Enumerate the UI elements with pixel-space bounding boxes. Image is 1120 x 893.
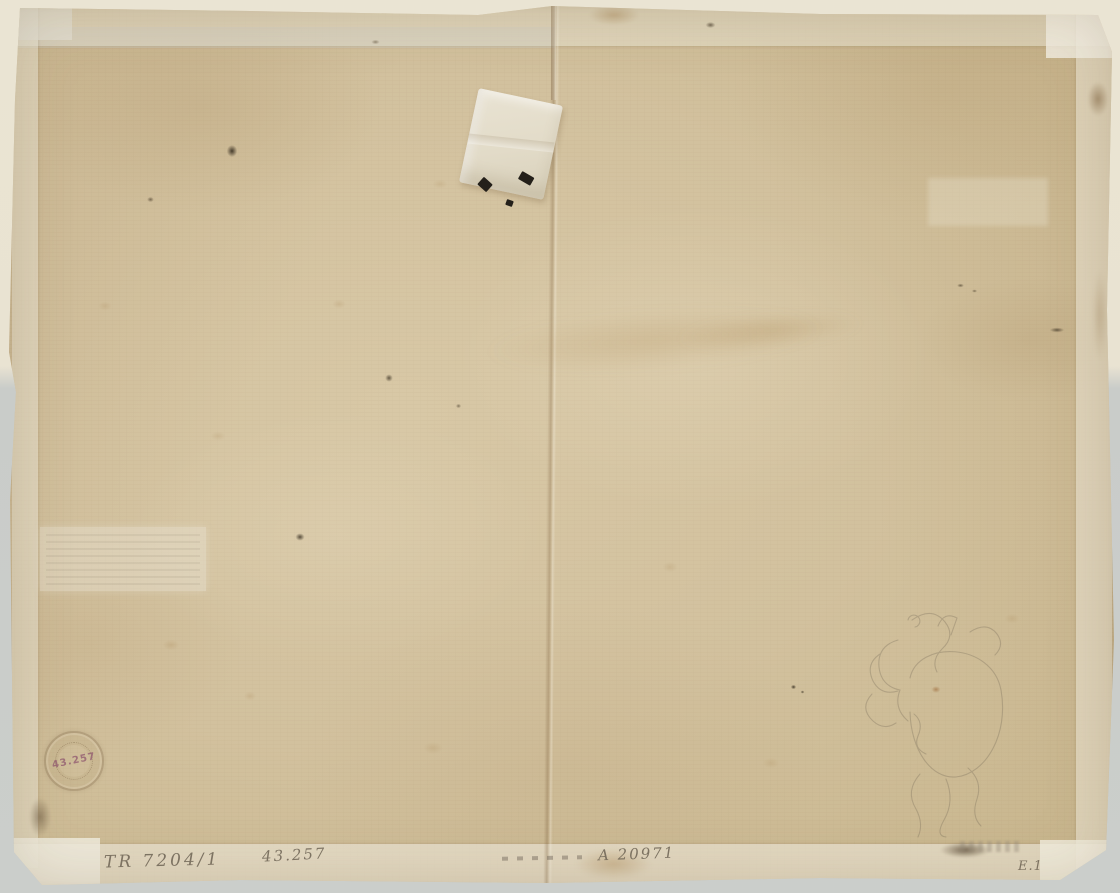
fox-spot: [96, 300, 114, 312]
circular-collection-stamp: 43.257: [44, 731, 104, 791]
show-through-band: [928, 178, 1048, 226]
stain-spot: [1048, 327, 1066, 333]
center-fold-seam-top: [551, 0, 556, 100]
printed-fragment: [518, 171, 535, 186]
tape-strip-bottom: [8, 844, 1112, 886]
pencil-sketch: [850, 598, 1020, 838]
tape-stain: [582, 2, 646, 28]
inscription-bottom-right: E.1: [1018, 859, 1043, 874]
edge-stain: [26, 792, 54, 842]
tape-patch-bottom-right: [1040, 840, 1116, 886]
inscription-bottom-left: TR 7204/1: [104, 849, 221, 872]
pencil-smudge-line: [502, 855, 582, 860]
tape-patch-bottom-left: [0, 838, 100, 890]
edge-stain: [1084, 76, 1112, 122]
photograph-of-sheet-verso: 43.257: [0, 0, 1120, 893]
tape-strip-left: [12, 6, 38, 868]
stain-spot: [146, 196, 155, 203]
smear-band: [418, 284, 892, 397]
paper-discoloration: [0, 0, 1120, 893]
printed-fragment: [505, 199, 514, 207]
stain-spot: [971, 289, 978, 293]
stain-spot: [790, 684, 797, 690]
tape-strip-top-overlap: [10, 27, 555, 48]
stain-spot: [455, 403, 462, 409]
smear-band: [638, 297, 901, 365]
inscription-bottom-center: A 20971: [598, 844, 676, 865]
stain-spot: [930, 685, 942, 694]
label-residue-patch: [40, 527, 206, 591]
stain-spot: [800, 690, 805, 694]
stain-spot: [384, 373, 394, 383]
fox-spot: [660, 560, 680, 574]
fox-spot: [242, 690, 258, 702]
folded-label-slip: [459, 88, 563, 200]
stain-spot: [704, 21, 717, 29]
fox-spot: [760, 756, 782, 770]
tape-strip-right: [1076, 10, 1112, 878]
tape-patch-top-left: [8, 0, 72, 40]
stain-spot: [225, 143, 239, 159]
printed-fragment: [477, 177, 493, 192]
inscription-accession-number: 43.257: [262, 844, 327, 865]
paper-sheet: 43.257: [0, 0, 1120, 893]
fox-spot: [208, 430, 228, 442]
fox-spot: [430, 178, 450, 190]
tape-stain: [566, 845, 661, 883]
stain-spot: [294, 532, 306, 542]
tape-patch-top-right: [1046, 6, 1116, 58]
fox-spot: [330, 298, 348, 310]
fox-spot: [420, 740, 446, 756]
edge-stain: [1090, 255, 1110, 375]
stamp-number: 43.257: [51, 751, 97, 771]
fox-spot: [160, 638, 182, 652]
show-through-letters: [960, 841, 1022, 852]
stain-spot: [370, 39, 381, 45]
tape-strip-top: [10, 6, 1110, 46]
fox-spot: [1002, 612, 1022, 625]
stain-spot: [956, 283, 965, 288]
paper-texture: [0, 0, 1120, 893]
stain-bottom: [933, 840, 997, 860]
